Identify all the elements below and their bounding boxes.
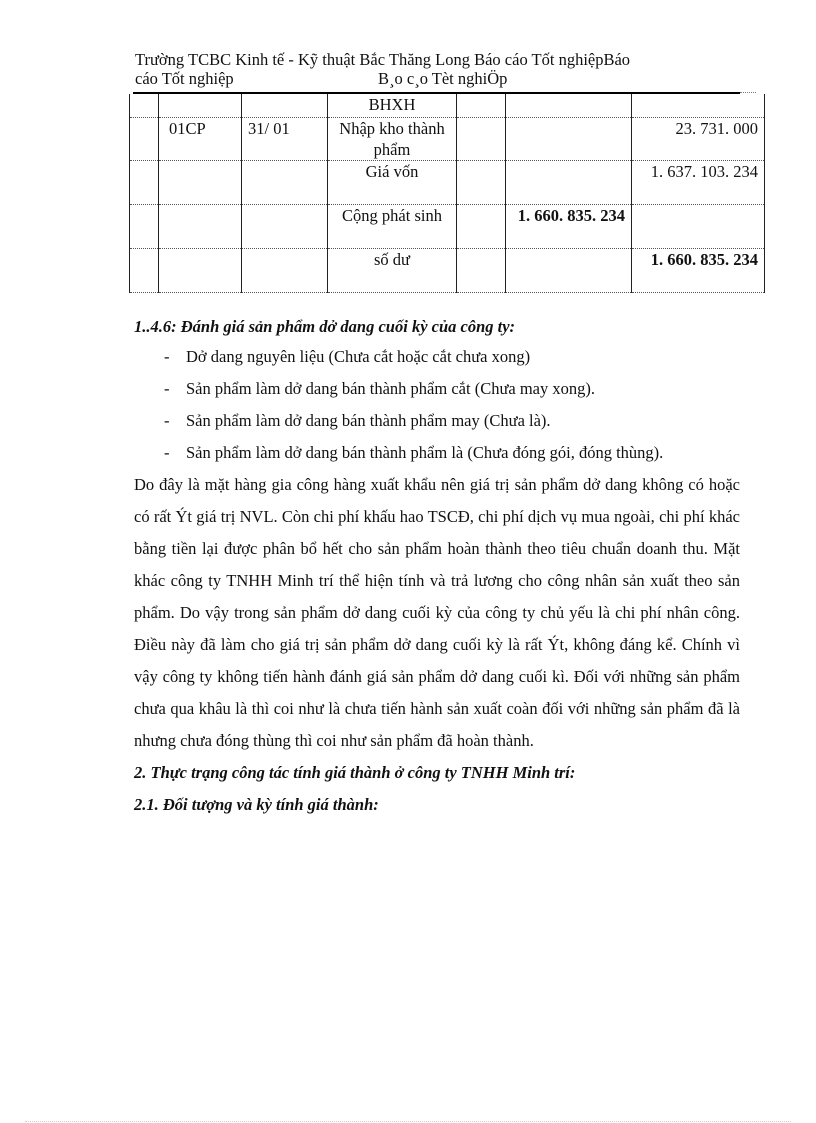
table-cell	[130, 117, 159, 160]
table-cell	[159, 204, 242, 248]
table-cell: 23. 731. 000	[632, 117, 765, 160]
table-cell	[159, 248, 242, 292]
list-item: -Sản phẩm làm dở dang bán thành phẩm là …	[134, 437, 740, 469]
table-cell	[457, 117, 506, 160]
list-item: -Sản phẩm làm dở dang bán thành phẩm may…	[134, 405, 740, 437]
header-line-1: Trường TCBC Kinh tế - Kỹ thuật Bắc Thăng…	[135, 50, 745, 69]
table-row: BHXH	[130, 94, 765, 117]
table-cell	[506, 160, 632, 204]
main-content: 1..4.6: Đánh giá sản phẩm dở dang cuối k…	[134, 313, 740, 821]
table-cell	[242, 160, 328, 204]
table-cell	[130, 248, 159, 292]
section-subheading-2-1: 2.1. Đối tượng và kỳ tính giá thành:	[134, 789, 740, 821]
table-cell	[130, 160, 159, 204]
table-row: 01CP31/ 01Nhập kho thành phẩm23. 731. 00…	[130, 117, 765, 160]
table-cell	[457, 160, 506, 204]
table-cell	[130, 94, 159, 117]
table-cell: BHXH	[328, 94, 457, 117]
table-row: số dư1. 660. 835. 234	[130, 248, 765, 292]
table-cell	[506, 248, 632, 292]
header-line-2: cáo Tốt nghiệp B¸o c¸o Tèt nghiÖp	[135, 69, 745, 88]
table-cell	[242, 94, 328, 117]
header-line-2-right: B¸o c¸o Tèt nghiÖp	[378, 69, 507, 88]
table-cell	[130, 204, 159, 248]
table-cell: Cộng phát sinh	[328, 204, 457, 248]
table-cell	[242, 204, 328, 248]
section-heading-146: 1..4.6: Đánh giá sản phẩm dở dang cuối k…	[134, 313, 740, 341]
page-header: Trường TCBC Kinh tế - Kỹ thuật Bắc Thăng…	[135, 50, 745, 88]
dash-bullet-icon: -	[164, 373, 170, 405]
table-cell	[159, 160, 242, 204]
table-cell	[506, 94, 632, 117]
table-cell	[632, 94, 765, 117]
table-cell: 01CP	[159, 117, 242, 160]
table-cell: 1. 637. 103. 234	[632, 160, 765, 204]
table-cell: 31/ 01	[242, 117, 328, 160]
section-heading-2: 2. Thực trạng công tác tính giá thành ở …	[134, 757, 740, 789]
table-row: Cộng phát sinh1. 660. 835. 234	[130, 204, 765, 248]
table-cell	[506, 117, 632, 160]
dash-bullet-icon: -	[164, 341, 170, 373]
table-cell	[457, 94, 506, 117]
page-bottom-dotted-line	[25, 1121, 791, 1122]
table-cell: 1. 660. 835. 234	[632, 248, 765, 292]
table-cell	[457, 248, 506, 292]
dash-bullet-icon: -	[164, 405, 170, 437]
table-cell	[632, 204, 765, 248]
body-paragraph: Do đây là mặt hàng gia công hàng xuất kh…	[134, 469, 740, 757]
table-cell	[159, 94, 242, 117]
table-cell: Nhập kho thành phẩm	[328, 117, 457, 160]
table-cell: số dư	[328, 248, 457, 292]
table-row: Giá vốn1. 637. 103. 234	[130, 160, 765, 204]
table-cell	[242, 248, 328, 292]
bullet-list: -Dở dang nguyên liệu (Chưa cắt hoặc cắt …	[134, 341, 740, 469]
list-item: -Sản phẩm làm dở dang bán thành phẩm cắt…	[134, 373, 740, 405]
list-item: -Dở dang nguyên liệu (Chưa cắt hoặc cắt …	[134, 341, 740, 373]
table-cell: 1. 660. 835. 234	[506, 204, 632, 248]
table-cell	[457, 204, 506, 248]
table-cell: Giá vốn	[328, 160, 457, 204]
dash-bullet-icon: -	[164, 437, 170, 469]
header-line-2-left: cáo Tốt nghiệp	[135, 69, 378, 88]
ledger-table: BHXH01CP31/ 01Nhập kho thành phẩm23. 731…	[129, 94, 765, 293]
header-rule-dotted	[740, 92, 756, 93]
